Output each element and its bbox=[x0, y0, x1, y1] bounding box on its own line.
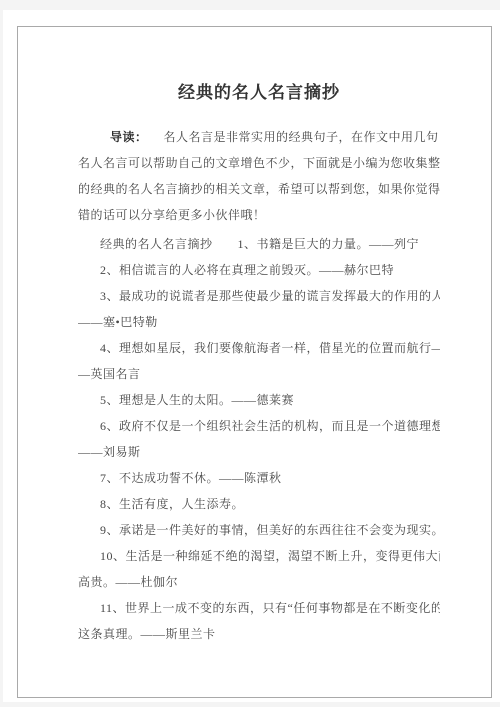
quote-line: 7、不达成功誓不休。——陈潭秋 bbox=[78, 465, 440, 491]
document-content: 经典的名人名言摘抄 导读：名人名言是非常实用的经典句子，在作文中用几句 名人名言… bbox=[78, 80, 440, 647]
quote-line: 11、世界上一成不变的东西，只有“任何事物都是在不断变化的” bbox=[78, 595, 440, 621]
intro-label: 导读： bbox=[110, 130, 148, 144]
intro-line: 的经典的名人名言摘抄的相关文章，希望可以帮到您，如果你觉得不 bbox=[78, 176, 440, 202]
intro-continuation-lines: 名人名言可以帮助自己的文章增色不少，下面就是小编为您收集整理的经典的名人名言摘抄… bbox=[78, 150, 440, 228]
quote-line: 9、承诺是一件美好的事情，但美好的东西往往不会变为现实。 bbox=[78, 517, 440, 543]
quote-line: 这条真理。——斯里兰卡 bbox=[78, 621, 440, 647]
intro-line: 导读：名人名言是非常实用的经典句子，在作文中用几句 bbox=[78, 124, 440, 150]
quote-line: —英国名言 bbox=[78, 361, 440, 387]
intro-paragraph: 导读：名人名言是非常实用的经典句子，在作文中用几句 名人名言可以帮助自己的文章增… bbox=[78, 124, 440, 228]
quote-line: 6、政府不仅是一个组织社会生活的机构，而且是一个道德理想 bbox=[78, 413, 440, 439]
quote-line: 8、生活有度，人生添寿。 bbox=[78, 491, 440, 517]
quote-line: 高贵。——杜伽尔 bbox=[78, 569, 440, 595]
intro-line: 错的话可以分享给更多小伙伴哦！ bbox=[78, 202, 440, 228]
quote-line: 3、最成功的说谎者是那些使最少量的谎言发挥最大的作用的人。 bbox=[78, 283, 440, 309]
intro-line-text: 名人名言是非常实用的经典句子，在作文中用几句 bbox=[164, 130, 439, 144]
intro-line: 名人名言可以帮助自己的文章增色不少，下面就是小编为您收集整理 bbox=[78, 150, 440, 176]
quote-line: ——刘易斯 bbox=[78, 439, 440, 465]
paper-page: 经典的名人名言摘抄 导读：名人名言是非常实用的经典句子，在作文中用几句 名人名言… bbox=[3, 10, 500, 702]
quote-line: 2、相信谎言的人必将在真理之前毁灭。——赫尔巴特 bbox=[78, 257, 440, 283]
quote-line: 5、理想是人生的太阳。——德莱赛 bbox=[78, 387, 440, 413]
quote-line: ——塞•巴特勒 bbox=[78, 309, 440, 335]
quote-line: 经典的名人名言摘抄 1、书籍是巨大的力量。——列宁 bbox=[78, 231, 440, 257]
quotes-list: 经典的名人名言摘抄 1、书籍是巨大的力量。——列宁2、相信谎言的人必将在真理之前… bbox=[78, 231, 440, 647]
quote-line: 4、理想如星辰，我们要像航海者一样，借星光的位置而航行— bbox=[78, 335, 440, 361]
page-title: 经典的名人名言摘抄 bbox=[78, 80, 440, 106]
quote-line: 10、生活是一种绵延不绝的渴望，渴望不断上升，变得更伟大而 bbox=[78, 543, 440, 569]
